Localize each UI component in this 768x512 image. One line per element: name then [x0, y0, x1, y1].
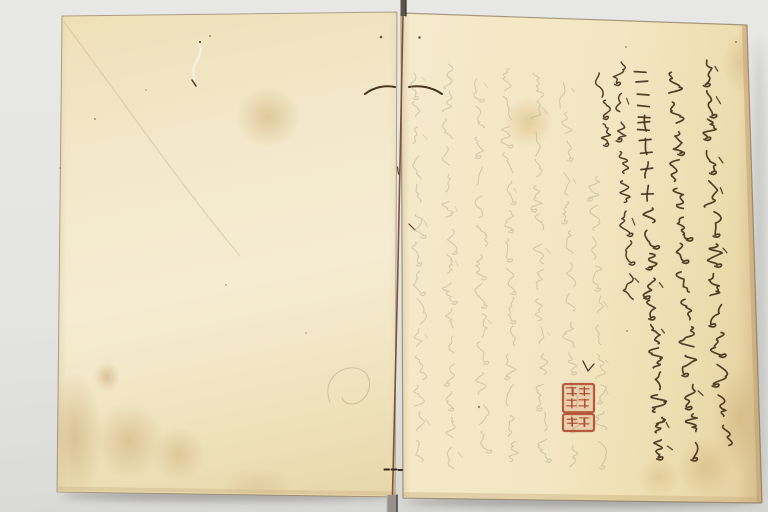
stain-blob: [94, 362, 120, 392]
stain-blob: [153, 426, 205, 482]
photo-backdrop: [0, 0, 768, 512]
stain-blob: [235, 86, 301, 148]
stain-blob: [677, 437, 733, 497]
stain-blob: [723, 33, 755, 93]
thread-tab-bottom: [387, 495, 398, 512]
right-page: [401, 13, 763, 504]
stain-blob: [503, 96, 553, 148]
left-page: [57, 12, 398, 498]
stain-blob: [637, 457, 681, 497]
